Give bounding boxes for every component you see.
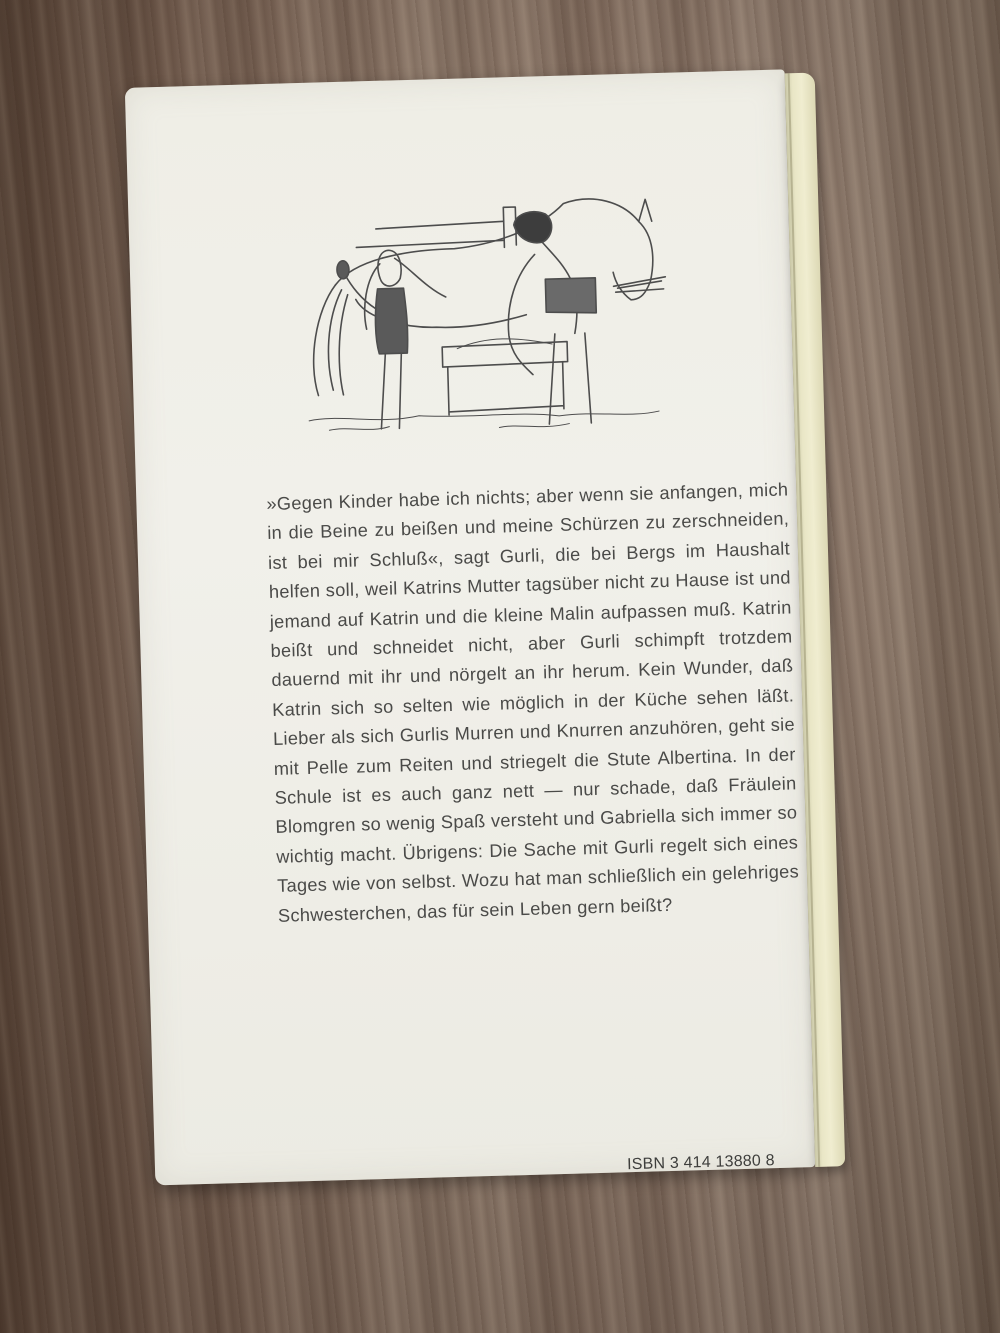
book: »Gegen Kinder habe ich nichts; aber wenn… xyxy=(125,69,845,1186)
back-cover: »Gegen Kinder habe ich nichts; aber wenn… xyxy=(125,69,815,1185)
isbn-label: ISBN 3 414 13880 8 xyxy=(627,1152,775,1174)
blurb-text: »Gegen Kinder habe ich nichts; aber wenn… xyxy=(266,475,800,930)
back-cover-blurb: »Gegen Kinder habe ich nichts; aber wenn… xyxy=(266,475,800,930)
horse-children-illustration xyxy=(293,180,700,461)
